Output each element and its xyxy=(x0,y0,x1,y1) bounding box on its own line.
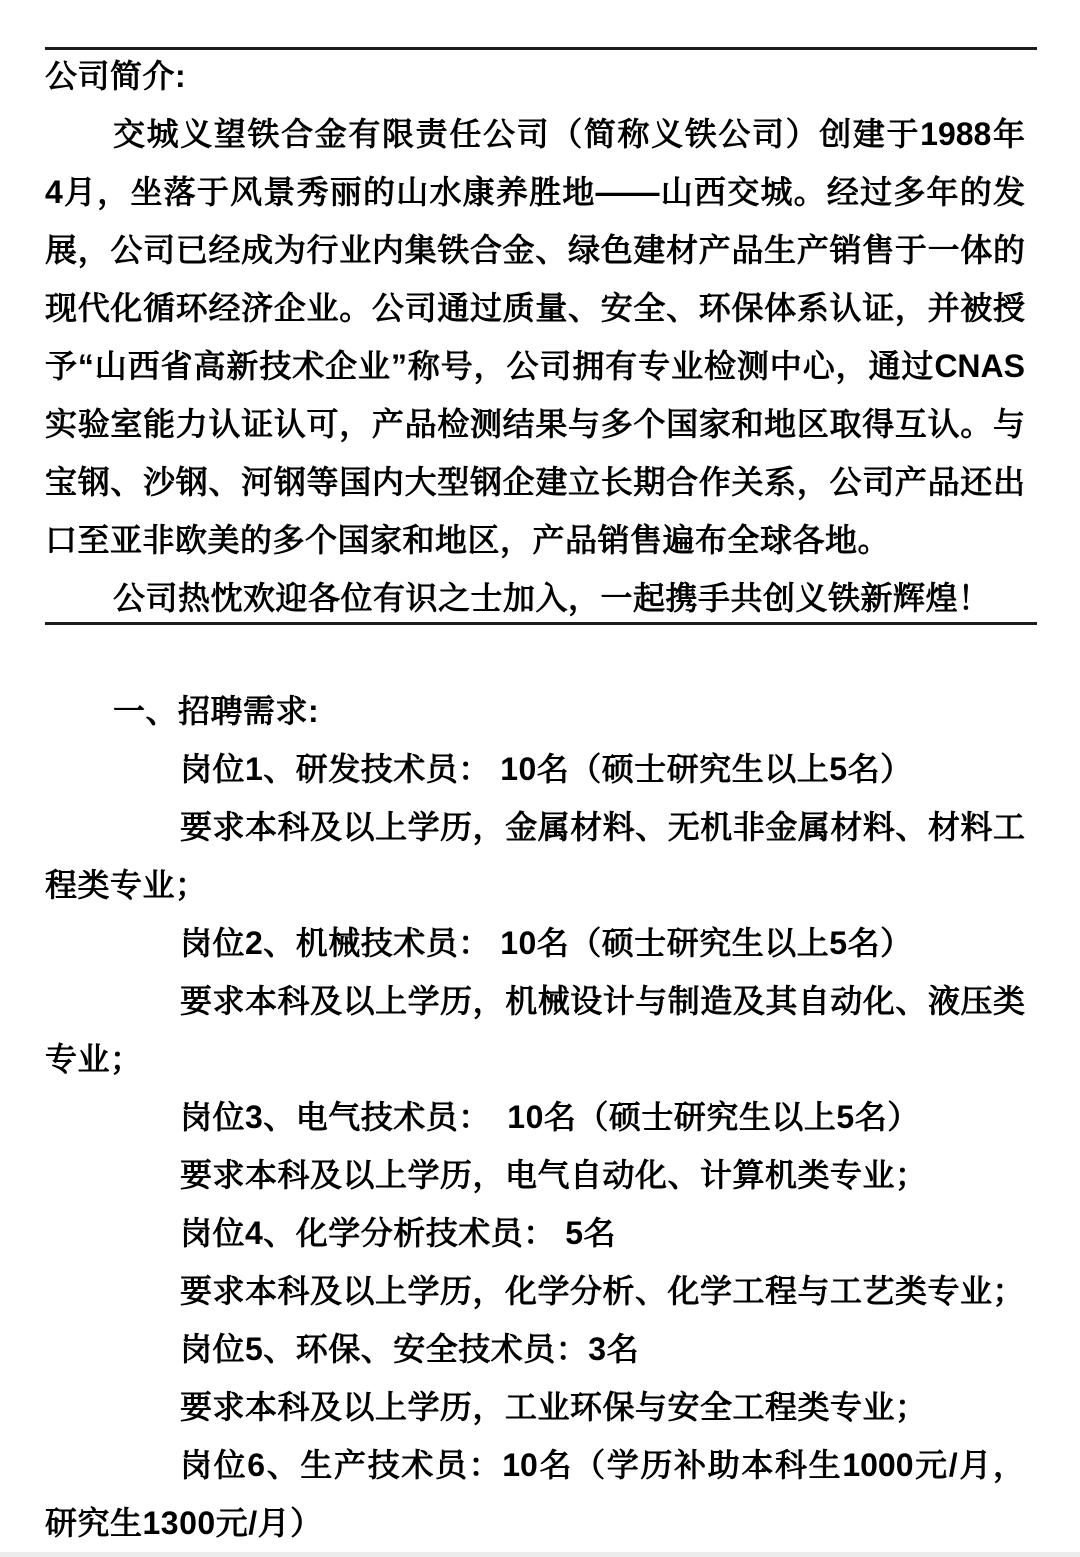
job-requirement-line: 要求本科及以上学历，化学分析、化学工程与工艺类专业； xyxy=(45,1262,1025,1320)
document-page: 公司简介: 交城义望铁合金有限责任公司（简称义铁公司）创建于1988年 4月，坐… xyxy=(0,0,1080,1557)
company-intro-section: 公司简介: 交城义望铁合金有限责任公司（简称义铁公司）创建于1988年 4月，坐… xyxy=(45,47,1025,627)
intro-paragraph-line: 宝钢、沙钢、河钢等国内大型钢企建立长期合作关系，公司产品还出 xyxy=(45,453,1025,511)
recruitment-section: 一、招聘需求: 岗位1、研发技术员： 10名（硕士研究生以上5名） 要求本科及以… xyxy=(45,682,1025,1552)
job-requirement-line: 程类专业； xyxy=(45,856,1025,914)
job-line: 岗位5、环保、安全技术员：3名 xyxy=(45,1320,1025,1378)
page-bottom-edge xyxy=(0,1552,1080,1557)
job-line: 岗位1、研发技术员： 10名（硕士研究生以上5名） xyxy=(45,740,1025,798)
recruitment-heading: 一、招聘需求: xyxy=(45,682,1025,740)
job-requirement-line: 要求本科及以上学历，机械设计与制造及其自动化、液压类 xyxy=(45,972,1025,1030)
intro-heading: 公司简介: xyxy=(45,47,1025,105)
job-requirement-line: 要求本科及以上学历，工业环保与安全工程类专业； xyxy=(45,1378,1025,1436)
intro-paragraph-line: 展，公司已经成为行业内集铁合金、绿色建材产品生产销售于一体的 xyxy=(45,221,1025,279)
intro-welcome-line: 公司热忱欢迎各位有识之士加入，一起携手共创义铁新辉煌！ xyxy=(45,569,1025,627)
job-line: 研究生1300元/月） xyxy=(45,1494,1025,1552)
job-requirement-line: 要求本科及以上学历，电气自动化、计算机类专业； xyxy=(45,1146,1025,1204)
intro-paragraph-line: 4月，坐落于风景秀丽的山水康养胜地——山西交城。经过多年的发 xyxy=(45,163,1025,221)
intro-paragraph-line: 口至亚非欧美的多个国家和地区，产品销售遍布全球各地。 xyxy=(45,511,1025,569)
job-line: 岗位3、电气技术员： 10名（硕士研究生以上5名） xyxy=(45,1088,1025,1146)
job-line: 岗位4、化学分析技术员： 5名 xyxy=(45,1204,1025,1262)
intro-paragraph-line: 交城义望铁合金有限责任公司（简称义铁公司）创建于1988年 xyxy=(45,105,1025,163)
job-requirement-line: 要求本科及以上学历，金属材料、无机非金属材料、材料工 xyxy=(45,798,1025,856)
intro-paragraph-line: 实验室能力认证认可，产品检测结果与多个国家和地区取得互认。与 xyxy=(45,395,1025,453)
job-requirement-line: 专业； xyxy=(45,1030,1025,1088)
divider-bottom xyxy=(45,622,1037,625)
intro-paragraph-line: 予“山西省高新技术企业”称号，公司拥有专业检测中心，通过CNAS xyxy=(45,337,1025,395)
job-line: 岗位2、机械技术员： 10名（硕士研究生以上5名） xyxy=(45,914,1025,972)
intro-paragraph-line: 现代化循环经济企业。公司通过质量、安全、环保体系认证，并被授 xyxy=(45,279,1025,337)
job-line: 岗位6、生产技术员：10名（学历补助本科生1000元/月， xyxy=(45,1436,1025,1494)
